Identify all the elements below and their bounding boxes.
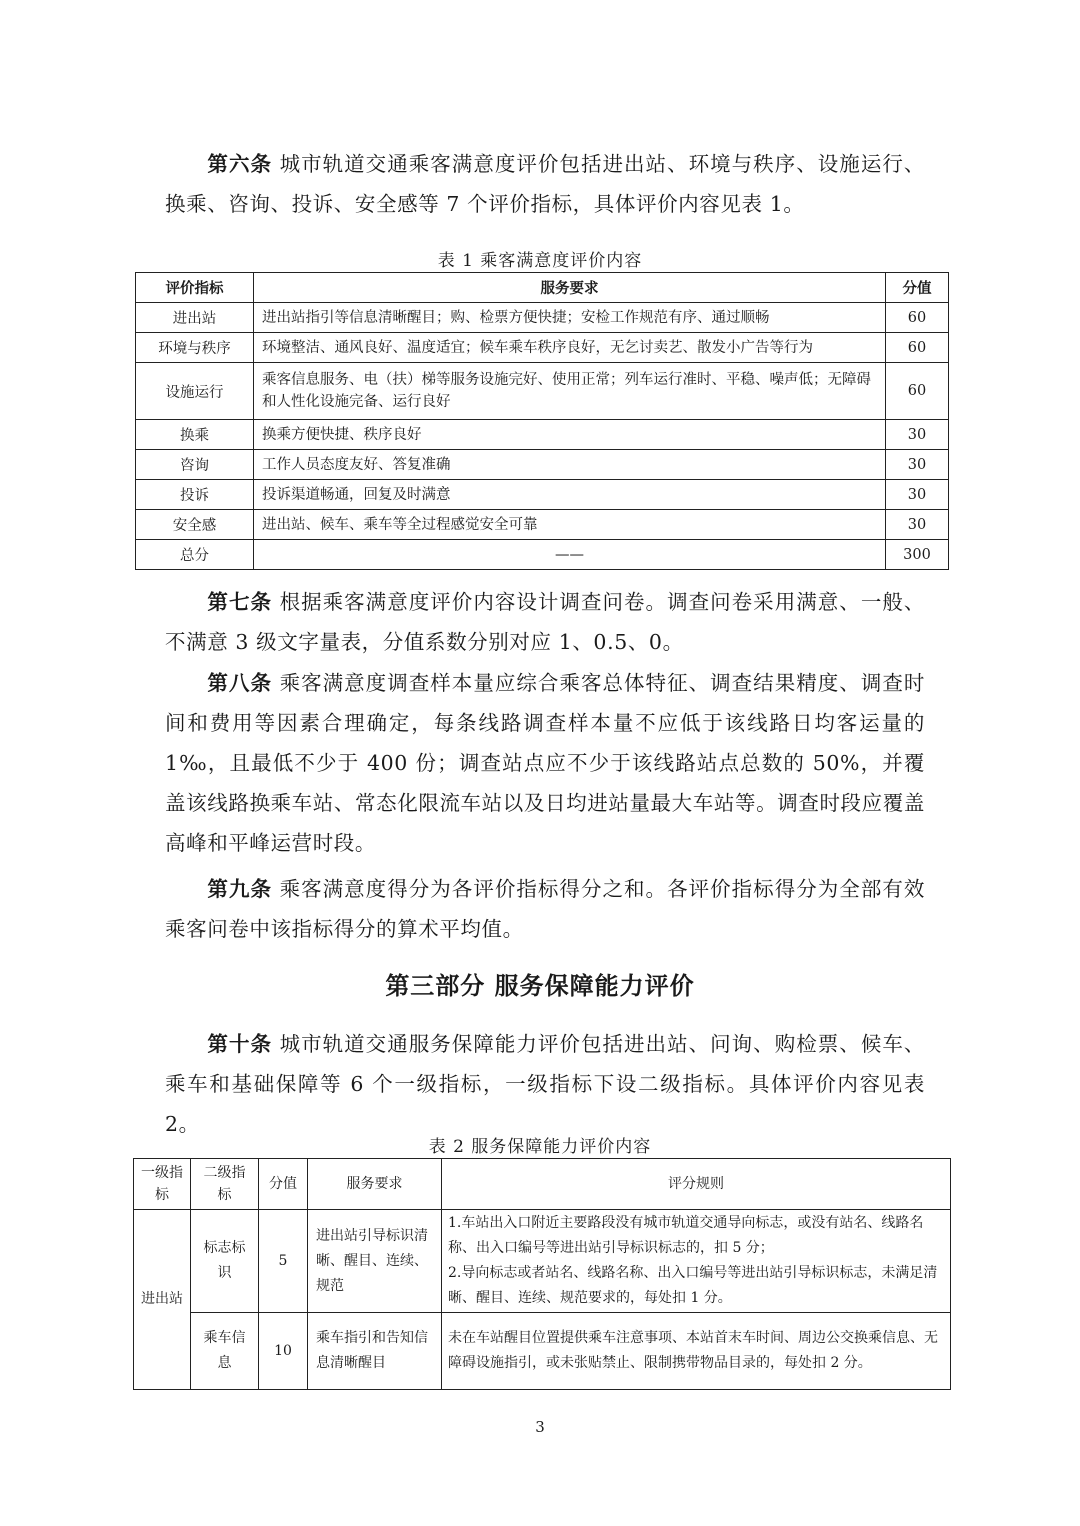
total-dash-cell: —— <box>254 540 886 570</box>
rule-cell: 1.车站出入口附近主要路段没有城市轨道交通导向标志，或没有站名、线路名称、出入口… <box>442 1210 951 1313</box>
header-level2: 二级指标 <box>191 1159 259 1210</box>
table-row: 安全感 进出站、候车、乘车等全过程感觉安全可靠 30 <box>136 510 949 540</box>
header-level1: 一级指标 <box>134 1159 191 1210</box>
table-1-caption: 表 1 乘客满意度评价内容 <box>0 246 1080 271</box>
score-cell: 30 <box>886 510 949 540</box>
score-cell: 60 <box>886 363 949 420</box>
requirement-cell: 换乘方便快捷、秩序良好 <box>254 420 886 450</box>
score-cell: 5 <box>259 1210 308 1313</box>
indicator-cell: 设施运行 <box>136 363 254 420</box>
table-row: 换乘 换乘方便快捷、秩序良好 30 <box>136 420 949 450</box>
article-6-text: 城市轨道交通乘客满意度评价包括进出站、环境与秩序、设施运行、换乘、咨询、投诉、安… <box>165 152 925 216</box>
requirement-cell: 进出站、候车、乘车等全过程感觉安全可靠 <box>254 510 886 540</box>
article-8-text: 乘客满意度调查样本量应综合乘客总体特征、调查结果精度、调查时间和费用等因素合理确… <box>165 671 925 855</box>
indicator-cell: 换乘 <box>136 420 254 450</box>
indicator-cell: 环境与秩序 <box>136 333 254 363</box>
requirement-cell: 环境整洁、通风良好、温度适宜；候车乘车秩序良好，无乞讨卖艺、散发小广告等行为 <box>254 333 886 363</box>
indicator-cell: 投诉 <box>136 480 254 510</box>
table-1-passenger-satisfaction: 评价指标 服务要求 分值 进出站 进出站指引等信息清晰醒目；购、检票方便快捷；安… <box>135 272 949 570</box>
table-row: 乘车信息 10 乘车指引和告知信息清晰醒目 未在车站醒目位置提供乘车注意事项、本… <box>134 1313 951 1390</box>
header-score: 分值 <box>886 273 949 303</box>
header-requirement: 服务要求 <box>308 1159 442 1210</box>
score-cell: 30 <box>886 420 949 450</box>
table-2-caption: 表 2 服务保障能力评价内容 <box>0 1132 1080 1157</box>
header-indicator: 评价指标 <box>136 273 254 303</box>
table-total-row: 总分 —— 300 <box>136 540 949 570</box>
header-score: 分值 <box>259 1159 308 1210</box>
article-7: 第七条 根据乘客满意度评价内容设计调查问卷。调查问卷采用满意、一般、不满意 3 … <box>165 582 925 662</box>
requirement-cell: 工作人员态度友好、答复准确 <box>254 450 886 480</box>
article-9-lead: 第九条 <box>207 877 272 901</box>
article-9-text: 乘客满意度得分为各评价指标得分之和。各评价指标得分为全部有效乘客问卷中该指标得分… <box>165 877 925 941</box>
page-number: 3 <box>0 1418 1080 1436</box>
document-page: 第六条 城市轨道交通乘客满意度评价包括进出站、环境与秩序、设施运行、换乘、咨询、… <box>0 0 1080 1526</box>
table-row: 设施运行 乘客信息服务、电（扶）梯等服务设施完好、使用正常；列车运行准时、平稳、… <box>136 363 949 420</box>
table-row: 投诉 投诉渠道畅通，回复及时满意 30 <box>136 480 949 510</box>
requirement-cell: 乘车指引和告知信息清晰醒目 <box>308 1313 442 1390</box>
header-rule: 评分规则 <box>442 1159 951 1210</box>
indicator-cell: 咨询 <box>136 450 254 480</box>
table-row: 咨询 工作人员态度友好、答复准确 30 <box>136 450 949 480</box>
rule-cell: 未在车站醒目位置提供乘车注意事项、本站首末车时间、周边公交换乘信息、无障碍设施指… <box>442 1313 951 1390</box>
level2-cell: 乘车信息 <box>191 1313 259 1390</box>
table-row: 进出站 标志标识 5 进出站引导标识清晰、醒目、连续、规范 1.车站出入口附近主… <box>134 1210 951 1313</box>
article-10-text: 城市轨道交通服务保障能力评价包括进出站、问询、购检票、候车、乘车和基础保障等 6… <box>165 1032 925 1136</box>
indicator-cell: 进出站 <box>136 303 254 333</box>
article-10-lead: 第十条 <box>207 1032 272 1056</box>
article-7-lead: 第七条 <box>207 590 272 614</box>
total-score-cell: 300 <box>886 540 949 570</box>
section-3-title: 第三部分 服务保障能力评价 <box>0 966 1080 1001</box>
table-2-service-capability: 一级指标 二级指标 分值 服务要求 评分规则 进出站 标志标识 5 进出站引导标… <box>133 1158 951 1390</box>
table-row: 环境与秩序 环境整洁、通风良好、温度适宜；候车乘车秩序良好，无乞讨卖艺、散发小广… <box>136 333 949 363</box>
score-cell: 30 <box>886 450 949 480</box>
requirement-cell: 投诉渠道畅通，回复及时满意 <box>254 480 886 510</box>
score-cell: 60 <box>886 333 949 363</box>
level1-cell: 进出站 <box>134 1210 191 1390</box>
requirement-cell: 乘客信息服务、电（扶）梯等服务设施完好、使用正常；列车运行准时、平稳、噪声低；无… <box>254 363 886 420</box>
article-8: 第八条 乘客满意度调查样本量应综合乘客总体特征、调查结果精度、调查时间和费用等因… <box>165 663 925 863</box>
table-row: 进出站 进出站指引等信息清晰醒目；购、检票方便快捷；安检工作规范有序、通过顺畅 … <box>136 303 949 333</box>
score-cell: 60 <box>886 303 949 333</box>
table-header-row: 评价指标 服务要求 分值 <box>136 273 949 303</box>
requirement-cell: 进出站引导标识清晰、醒目、连续、规范 <box>308 1210 442 1313</box>
article-6: 第六条 城市轨道交通乘客满意度评价包括进出站、环境与秩序、设施运行、换乘、咨询、… <box>165 144 925 224</box>
total-label-cell: 总分 <box>136 540 254 570</box>
table-header-row: 一级指标 二级指标 分值 服务要求 评分规则 <box>134 1159 951 1210</box>
article-6-lead: 第六条 <box>207 152 272 176</box>
level2-cell: 标志标识 <box>191 1210 259 1313</box>
indicator-cell: 安全感 <box>136 510 254 540</box>
article-8-lead: 第八条 <box>207 671 272 695</box>
article-9: 第九条 乘客满意度得分为各评价指标得分之和。各评价指标得分为全部有效乘客问卷中该… <box>165 869 925 949</box>
requirement-cell: 进出站指引等信息清晰醒目；购、检票方便快捷；安检工作规范有序、通过顺畅 <box>254 303 886 333</box>
header-requirement: 服务要求 <box>254 273 886 303</box>
score-cell: 10 <box>259 1313 308 1390</box>
score-cell: 30 <box>886 480 949 510</box>
article-10: 第十条 城市轨道交通服务保障能力评价包括进出站、问询、购检票、候车、乘车和基础保… <box>165 1024 925 1144</box>
article-7-text: 根据乘客满意度评价内容设计调查问卷。调查问卷采用满意、一般、不满意 3 级文字量… <box>165 590 925 654</box>
